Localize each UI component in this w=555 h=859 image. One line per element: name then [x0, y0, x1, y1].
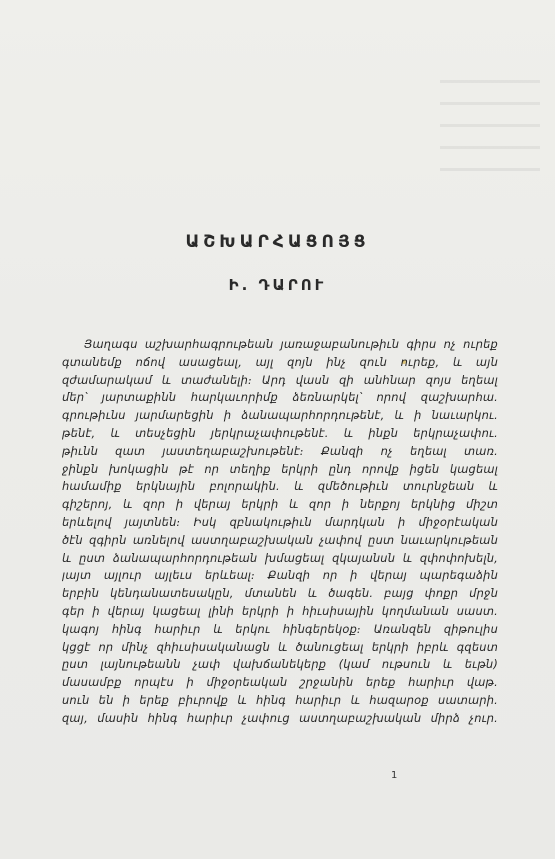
page-title: ԱՇԽԱՐՀԱՑՈՅՑ: [0, 232, 555, 252]
text-line: գիշերոյ, և զոր ի վերայ երկրի և զոր ի ներ…: [62, 496, 498, 514]
text-line: գեր ի վերայ կացեալ լինի երկրի ի հիւսիսայ…: [62, 603, 498, 621]
text-line: թենէ, և տեսչեցին յերկրաչափութենէ. և ինքն…: [62, 425, 498, 443]
text-line: գրութիւնս յարմարեցին ի ձանապարհորդութենէ…: [62, 407, 498, 425]
text-line: երբին կենդանատեսակըն, մտանեն և ծագեն. բա…: [62, 585, 498, 603]
text-line: մասամբք որպէս ի միջօրեական շրջանին երեք …: [62, 674, 498, 692]
text-line: զժամարակամ և տաժանելի։ Արդ վասն զի անհնա…: [62, 372, 498, 390]
text-line: գտանեմք ոճով ասացեալ, այլ զոյն ինչ զուն …: [62, 354, 498, 372]
text-line: կցցէ որ մինչ զհիւսիսականացն և ծանուցեալ …: [62, 639, 498, 657]
text-line: ըստ լայնութեանն չափ վախճանեկերք (կամ ութ…: [62, 656, 498, 674]
text-line: մեր՝ յարտաքինն հարկաւորիմք ձեռնարկել՝ որ…: [62, 389, 498, 407]
text-line: ծէն զգիրն առնելով աստղաբաշխական չափով ըս…: [62, 532, 498, 550]
text-line: Յաղագս աշխարհագրութեան յառաջաբանութիւն գ…: [62, 336, 498, 354]
bleed-through-text: [440, 80, 550, 190]
page-number: 1: [391, 770, 397, 781]
text-line: ջինքն խոկացին թէ որ տեղիք երկրի ընդ որով…: [62, 461, 498, 479]
text-line: կագոյ հինգ հարիւր և երկու հինգերեկօք։ Առ…: [62, 621, 498, 639]
scanned-page: ԱՇԽԱՐՀԱՑՈՅՑ Ի. ԴԱՐՈՒ Յաղագս աշխարհագրութ…: [0, 0, 555, 859]
text-line: զայ, մասին հինգ հարիւր չափուց աստղաբաշխա…: [62, 710, 498, 728]
text-line: համամիք երկնային բոլորակին. և զմեծութիւն…: [62, 478, 498, 496]
text-line: յայտ այլուր այլեւս երևեալ։ Քանզի որ ի վե…: [62, 567, 498, 585]
body-paragraph: Յաղագս աշխարհագրութեան յառաջաբանութիւն գ…: [62, 336, 498, 728]
text-line: երևելով յայտնեն։ Իսկ զբնակութիւն մարդկան…: [62, 514, 498, 532]
text-line: թիւնն զատ յաստեղաբաշխութենէ։ Քանզի ոչ եղ…: [62, 443, 498, 461]
chapter-subtitle: Ի. ԴԱՐՈՒ: [0, 276, 555, 294]
text-line: սուն են ի երեք բիւրովք և հինգ հարիւր և հ…: [62, 692, 498, 710]
text-line: և ըստ ձանապարհորդութեան խմացեալ զկայանսն…: [62, 550, 498, 568]
